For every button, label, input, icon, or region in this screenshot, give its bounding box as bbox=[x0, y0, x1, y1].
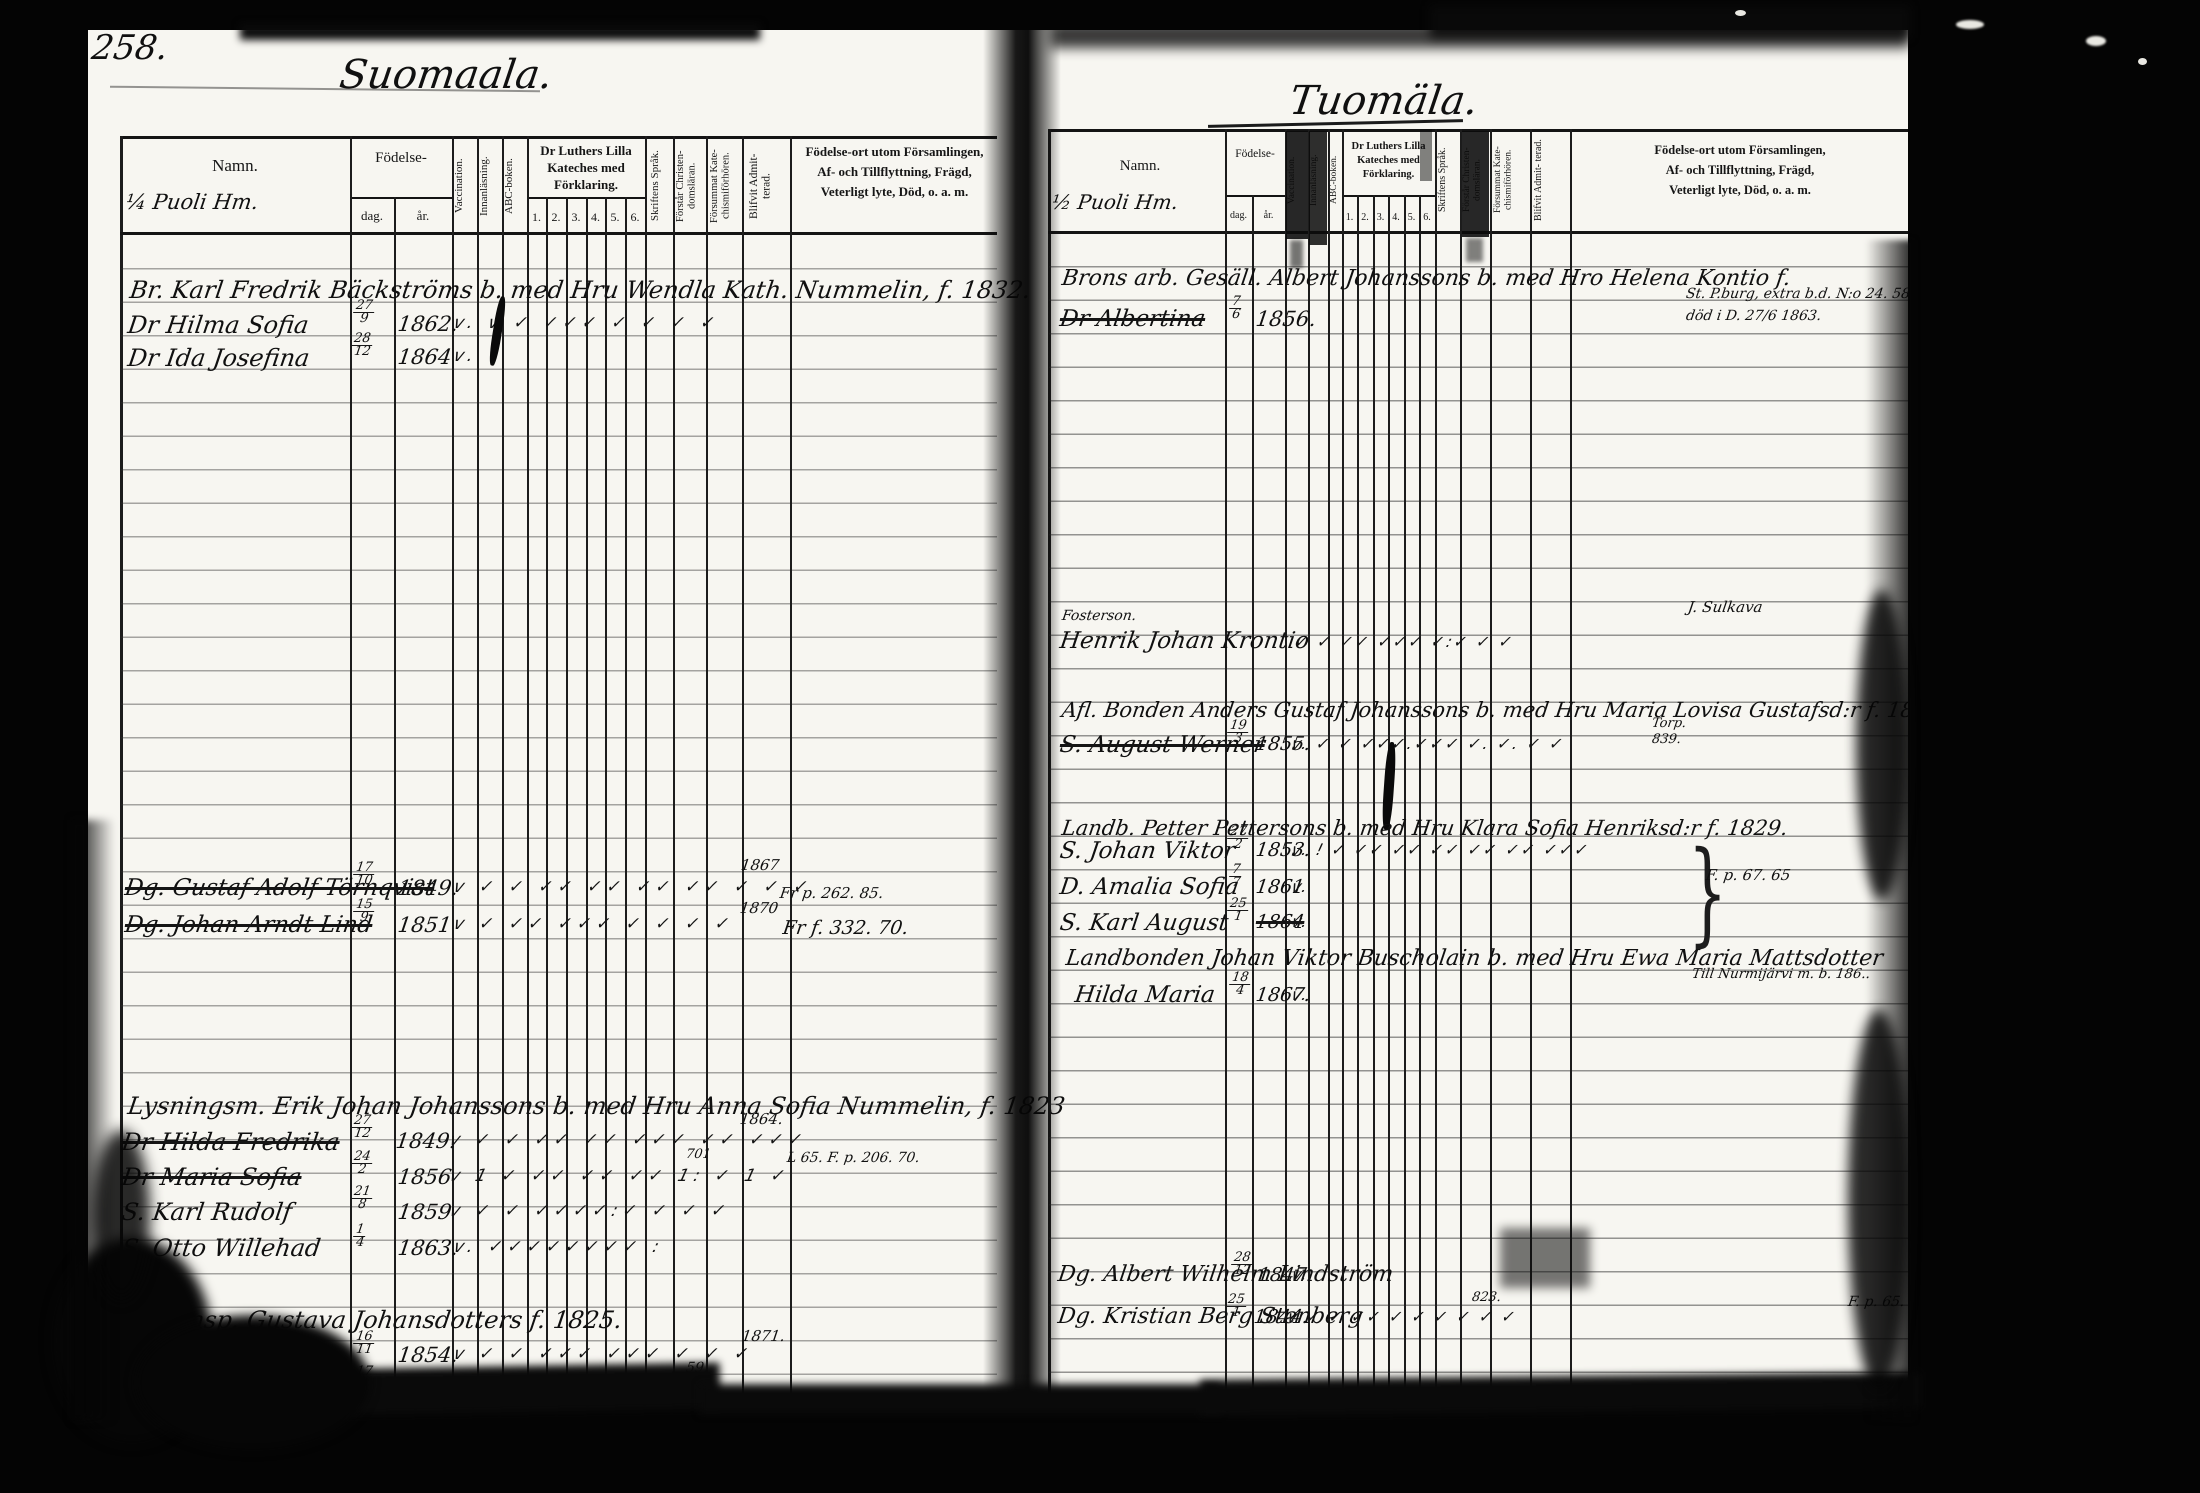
column-header-skriftens-sprak: Skriftens Språk. bbox=[650, 140, 672, 232]
ink-drip bbox=[1290, 240, 1303, 268]
entry-marks: v ✓ ✓✓ ✓✓✓ ✓ ✓ ✓ ✓ bbox=[452, 914, 737, 934]
kateches-col-2: 2. bbox=[546, 210, 566, 225]
entry-marks: v. bbox=[452, 346, 481, 366]
ink-blotch bbox=[135, 1315, 370, 1450]
entry-note: Fr f. 332. 70. bbox=[781, 917, 909, 939]
column-header-innanlasning: Innanläsning. bbox=[479, 140, 501, 232]
entry-birthdate: 1710 bbox=[354, 862, 375, 887]
page-title-right: Tuomäla. bbox=[1287, 78, 1481, 124]
namn-handwritten-note: ½ Puoli Hm. bbox=[1050, 190, 1179, 214]
column-header-namn: Namn. bbox=[1090, 158, 1190, 175]
book-gutter-shadow bbox=[983, 0, 1061, 1493]
ink-smudge bbox=[1500, 1228, 1590, 1288]
namn-handwritten-note: ¼ Puoli Hm. bbox=[124, 190, 260, 214]
entry-note: Fr p. 262. 85. bbox=[779, 884, 885, 902]
edge-raggedness bbox=[1200, 1372, 1920, 1416]
subheader-line bbox=[350, 197, 452, 199]
entry-birthdate: 251 bbox=[1226, 1294, 1247, 1319]
entry-note: död i D. 27/6 1863. bbox=[1685, 308, 1823, 324]
column-header-ar: år. bbox=[394, 208, 452, 224]
ink-smear bbox=[1286, 131, 1308, 239]
entry-name: Brons arb. Gesäll. Albert Johanssons b. … bbox=[1060, 266, 1792, 291]
column-header-abc-boken: ABC-boken. bbox=[1329, 134, 1342, 226]
entry-birthdate: 272 bbox=[1228, 826, 1249, 851]
column-header-fodelseort: Af- och Tillflyttning, Frägd, bbox=[1575, 163, 1905, 178]
entry-birthdate: 279 bbox=[354, 300, 375, 325]
entry-name: D. Amalia Sofia bbox=[1058, 874, 1240, 900]
column-header-skriftens-sprak: Skriftens Språk. bbox=[1438, 134, 1457, 226]
entry-marks: v. ! ✓ ✓✓ ✓✓ ✓✓ ✓✓ ✓✓ ✓✓✓ bbox=[1290, 840, 1593, 859]
ink-smear bbox=[1309, 131, 1327, 245]
entry-name: S. Karl August bbox=[1058, 910, 1230, 936]
entry-note: Torp. bbox=[1651, 716, 1687, 731]
dust-speck bbox=[1956, 20, 1984, 29]
column-header-fodelseort: Veterligt lyte, Död, o. a. m. bbox=[792, 184, 997, 200]
entry-name: Dr Albertina bbox=[1058, 306, 1207, 332]
entry-marks: v ✓ ✓ ✓✓✓✓:✓ ✓ ✓ ✓ bbox=[448, 1201, 734, 1221]
edge-speckle bbox=[72, 820, 114, 1420]
column-header-forstar: Förstår Christen- domsläran. bbox=[675, 140, 705, 232]
ink-blotch bbox=[1848, 1010, 1910, 1390]
entry-birthdate: 2812 bbox=[1232, 1252, 1253, 1277]
edge-raggedness bbox=[240, 24, 760, 40]
entry-birthdate: 2812 bbox=[352, 333, 373, 358]
entry-marks: v ✓ ✓ ✓✓ ✓ ✓ ✓ ✓ ✓ ✓ bbox=[1286, 1307, 1520, 1326]
entry-marks: v. ✓ ✓ ✓✓✓.✓✓✓ ✓. ✓. ✓ ✓ bbox=[1290, 734, 1568, 753]
entry-birthdate: 251 bbox=[1228, 898, 1249, 923]
column-header-fodelseort: Af- och Tillflyttning, Frägd, bbox=[792, 164, 997, 180]
entry-birth-year: 1864 bbox=[396, 345, 453, 369]
entry-name: Landb. Petter Pettersons b. med Hru Klar… bbox=[1060, 816, 1789, 840]
entry-birth-year: 1856. bbox=[1254, 307, 1317, 331]
kateches-col-4: 4. bbox=[1388, 212, 1404, 223]
entry-note: L 65. F. p. 206. 70. bbox=[786, 1150, 921, 1166]
ink-blotch bbox=[1856, 590, 1908, 900]
kateches-col-5: 5. bbox=[1404, 212, 1419, 223]
entry-birth-year: 1862. bbox=[396, 312, 459, 336]
column-header-kateches: Förklaring. bbox=[527, 177, 645, 193]
entry-name: Afl. Bonden Anders Gustaf Johanssons b. … bbox=[1060, 698, 1949, 722]
entry-name: Dg. Gustaf Adolf Törnqvist bbox=[123, 875, 436, 901]
entry-birth-year: 1854. bbox=[396, 1343, 459, 1367]
scanned-church-record-spread: 258. Suomaala. Namn. ¼ Puoli Hm. Födelse… bbox=[0, 0, 2200, 1493]
kateches-col-1: 1. bbox=[1342, 212, 1357, 223]
kateches-col-3: 3. bbox=[566, 210, 586, 225]
entry-birth-year: 1863. bbox=[396, 1236, 459, 1260]
entry-birth-year: 1859 bbox=[396, 1200, 453, 1224]
entry-note: 823. bbox=[1471, 1290, 1502, 1305]
entry-marks: v. ✓✓✓✓✓✓✓✓ : bbox=[452, 1237, 667, 1257]
column-header-fodelse: Födelse- bbox=[1225, 148, 1285, 160]
entry-birthdate: 2712 bbox=[352, 1115, 373, 1140]
entry-birthdate: 77 bbox=[1230, 864, 1242, 889]
entry-marks: v ✓ ✓ ✓✓ ✓✓ ✓✓ ✓✓ ✓ ✓ ✓ bbox=[452, 877, 816, 897]
entry-name: Dg. Johan Arndt Lind bbox=[123, 912, 374, 938]
entry-admitted-year: 1870 bbox=[739, 899, 780, 917]
kateches-col-2: 2. bbox=[1357, 212, 1373, 223]
entry-note: F. p. 67. 65 bbox=[1705, 866, 1792, 884]
edge-raggedness bbox=[700, 1384, 1220, 1414]
entry-marks: v ✓ ✓ ✓✓ ✓✓ ✓✓✓ ✓✓ ✓✓✓ bbox=[448, 1130, 810, 1150]
entry-name: S. Johan Viktor bbox=[1058, 838, 1237, 864]
column-header-fodelse: Födelse- bbox=[350, 150, 452, 167]
header-bottom-line bbox=[120, 232, 997, 235]
column-header-fodelseort: Födelse-ort utom Församlingen, bbox=[1575, 143, 1905, 158]
entry-name: Dr Hilma Sofia bbox=[126, 311, 310, 339]
entry-note: 839. bbox=[1651, 732, 1682, 747]
entry-name: Dr Ida Josefina bbox=[126, 344, 311, 372]
dust-speck bbox=[2138, 58, 2147, 65]
column-header-blifvit-admitterad: Blifvit Admit- terad. bbox=[1534, 134, 1567, 226]
entry-birthdate: 184 bbox=[1230, 972, 1251, 997]
entry-note: J. Sulkava bbox=[1687, 598, 1764, 616]
column-header-forsummat: Försummat Kate- chismiförhören. bbox=[709, 140, 741, 232]
entry-admitted-year: 1867 bbox=[740, 856, 781, 874]
column-header-forsummat: Försummat Kate- chismiförhören. bbox=[1493, 134, 1527, 226]
kateches-col-4: 4. bbox=[586, 210, 605, 225]
column-header-dag: dag. bbox=[350, 208, 394, 224]
entry-name: Henrik Johan Krontio bbox=[1058, 628, 1311, 654]
entry-note: Till Nurmijärvi m. b. 186.. bbox=[1691, 966, 1871, 982]
column-header-vaccination: Vaccination. bbox=[454, 140, 476, 232]
grouping-brace: } bbox=[1688, 828, 1727, 958]
ink-drip bbox=[1466, 238, 1483, 262]
entry-birthdate: 242 bbox=[352, 1151, 373, 1176]
column-header-blifvit-admitterad: Blifvit Admit- terad. bbox=[748, 140, 786, 232]
kateches-col-3: 3. bbox=[1373, 212, 1388, 223]
dust-speck bbox=[1735, 10, 1746, 16]
kateches-col-6: 6. bbox=[1419, 212, 1435, 223]
entry-birthdate: 218 bbox=[352, 1186, 373, 1211]
entry-name: Dr Hilda Fredrika bbox=[120, 1128, 342, 1156]
page-number: 258. bbox=[89, 28, 170, 68]
entry-marks: ✓ ✓ ✓✓ ✓✓✓ ✓:✓ ✓ ✓ bbox=[1293, 632, 1517, 651]
kateches-col-6: 6. bbox=[625, 210, 645, 225]
entry-birth-year: 1856 bbox=[396, 1165, 453, 1189]
table-top-border bbox=[120, 136, 997, 139]
entry-admitted-year: 1864. bbox=[739, 1110, 784, 1128]
entry-name: Lysningsm. Erik Johan Johanssons b. med … bbox=[126, 1092, 1067, 1120]
entry-name: Hilda Maria bbox=[1073, 982, 1216, 1008]
column-header-kateches: Dr Luthers Lilla bbox=[527, 143, 645, 159]
subheader-line bbox=[1225, 195, 1285, 197]
entry-birth-year: 1851 bbox=[396, 913, 453, 937]
kateches-col-5: 5. bbox=[605, 210, 625, 225]
entry-name: Dg. Albert Wilhelm Lindström bbox=[1056, 1262, 1395, 1287]
column-header-fodelseort: Födelse-ort utom Församlingen, bbox=[792, 144, 997, 160]
entry-marks: v ✓ ✓ ✓✓✓ ✓✓✓ ✓ ✓ ✓ bbox=[452, 1344, 757, 1364]
entry-birthdate: 14 bbox=[354, 1224, 366, 1249]
entry-birthdate: 76 bbox=[1230, 296, 1242, 321]
entry-prefix: Fosterson. bbox=[1061, 608, 1137, 624]
entry-birthdate: 193 bbox=[1228, 720, 1249, 745]
entry-birth-year: 1849. bbox=[396, 876, 459, 900]
edge-raggedness bbox=[1430, 6, 1910, 38]
column-header-kateches: Kateches med bbox=[527, 160, 645, 176]
column-header-abc-boken: ABC-boken. bbox=[504, 140, 526, 232]
column-header-fodelseort: Veterligt lyte, Död, o. a. m. bbox=[1575, 183, 1905, 198]
column-header-ar: år. bbox=[1252, 210, 1285, 221]
entry-name: Br. Karl Fredrik Bäckströms b. med Hru W… bbox=[128, 276, 1032, 304]
ink-smear bbox=[1462, 131, 1489, 237]
kateches-col-1: 1. bbox=[527, 210, 546, 225]
column-header-namn: Namn. bbox=[180, 156, 290, 176]
entry-birthdate: 159 bbox=[354, 899, 375, 924]
ink-smear bbox=[1420, 129, 1432, 181]
entry-admitted-year: 1871. bbox=[741, 1327, 786, 1345]
photo-border-right bbox=[1908, 0, 2200, 1493]
entry-marks: v 1 ✓ ✓✓ ✓✓ ✓✓ 1: ✓ 1 ✓ bbox=[448, 1166, 793, 1186]
column-header-dag: dag. bbox=[1225, 210, 1252, 221]
dust-speck bbox=[2086, 36, 2106, 46]
